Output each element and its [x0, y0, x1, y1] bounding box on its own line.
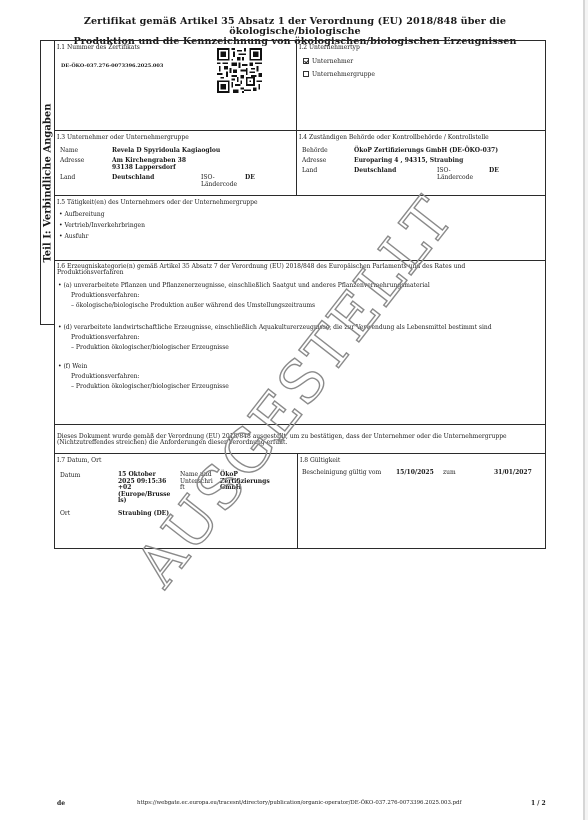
valid-to-label: zum	[443, 469, 456, 476]
checkbox-operator[interactable]: Unternehmer	[303, 58, 353, 65]
operator-name: Revela D Spyridoula Kagiaoglou	[112, 147, 220, 154]
section-l6-product-categories: I.6 Erzeugniskategorie(n) gemäß Artikel …	[54, 260, 546, 425]
l6-title-line-2: Produktionsverfahren	[57, 270, 465, 276]
authority-address: Europaring 4 , 94315, Straubing	[354, 157, 463, 164]
issue-date: 15 Oktober 2025 09:15:36 +02 (Europe/Bru…	[118, 472, 170, 505]
l7-title: I.7 Datum, Ort	[57, 457, 101, 464]
part-one-side-label: Teil I: Verbindliche Angaben	[40, 40, 55, 325]
method-label: Produktionsverfahren:	[58, 292, 430, 299]
footer-url[interactable]: https://webgate.ec.europa.eu/tracesnt/di…	[137, 800, 462, 806]
iso-label-1: ISO-	[437, 167, 473, 174]
address-label: Adresse	[302, 157, 326, 164]
qr-code-icon	[217, 48, 262, 93]
method-label: Produktionsverfahren:	[58, 334, 492, 341]
name-label: Name	[60, 147, 78, 154]
checkbox-checked-icon[interactable]	[303, 58, 309, 64]
authority-iso: DE	[489, 167, 499, 174]
category-name: • (f) Wein	[58, 363, 229, 370]
section-l8-validity: I.8 Gültigkeit Bescheinigung gültig vom …	[297, 453, 546, 549]
method-value: – Produktion ökologischer/biologischer E…	[58, 383, 229, 390]
l8-title: I.8 Gültigkeit	[300, 457, 340, 464]
operator-country: Deutschland	[112, 174, 154, 181]
valid-to: 31/01/2027	[494, 469, 532, 476]
date-label: Datum	[60, 472, 80, 479]
side-label-text: Teil I: Verbindliche Angaben	[42, 103, 53, 262]
signer-label-line: ft	[180, 485, 213, 492]
category-a: • (a) unverarbeitete Pflanzen und Pflanz…	[58, 282, 430, 309]
certificate-number: DE-ÖKO-037.276-0073396.2025.003	[61, 63, 163, 70]
option-label: Unternehmer	[312, 58, 353, 65]
l5-title: I.5 Tätigkeit(en) des Unternehmers oder …	[57, 199, 258, 206]
valid-from-label: Bescheinigung gültig vom	[302, 469, 381, 476]
operator-iso: DE	[245, 174, 255, 181]
operator-address: Am Kirchengraben 38 93138 Lappersdorf	[112, 157, 186, 171]
checkbox-operator-group[interactable]: Unternehmergruppe	[303, 71, 375, 78]
signer-name: ÖkoP Zertifizierungs GmbH	[220, 472, 270, 492]
page-number: 1 / 2	[531, 800, 546, 807]
place-label: Ort	[60, 510, 70, 517]
iso-label-1: ISO-	[201, 174, 237, 181]
category-f: • (f) Wein Produktionsverfahren: – Produ…	[58, 363, 229, 390]
authority-country: Deutschland	[354, 167, 396, 174]
category-d: • (d) verarbeitete landwirtschaftliche E…	[58, 324, 492, 351]
signer-line: GmbH	[220, 485, 270, 492]
date-line: ls)	[118, 498, 170, 505]
iso-label: ISO- Ländercode	[201, 174, 237, 188]
section-l2-operator-type: I.2 Unternehmertyp Unternehmer Unternehm…	[296, 40, 546, 131]
country-label: Land	[60, 174, 75, 181]
l3-title: I.3 Unternehmer oder Unternehmergruppe	[57, 134, 189, 141]
iso-label-2: Ländercode	[201, 181, 237, 188]
scrollbar[interactable]	[583, 0, 585, 820]
authority-name: ÖkoP Zertifizierungs GmbH (DE-ÖKO-037)	[354, 147, 498, 154]
country-label: Land	[302, 167, 317, 174]
section-l4-authority: I.4 Zuständigen Behörde oder Kontrollbeh…	[296, 130, 546, 196]
section-l3-operator: I.3 Unternehmer oder Unternehmergruppe N…	[54, 130, 297, 196]
l2-title: I.2 Unternehmertyp	[299, 44, 360, 51]
statement-line-2: (Nichtzutreffendes streichen) die Anford…	[57, 440, 507, 446]
valid-from: 15/10/2025	[396, 469, 434, 476]
issue-place: Straubing (DE)	[118, 510, 169, 517]
authority-label: Behörde	[302, 147, 328, 154]
address-line-2: 93138 Lappersdorf	[112, 164, 186, 171]
checkbox-unchecked-icon[interactable]	[303, 71, 309, 77]
statement-text: Dieses Dokument wurde gemäß der Verordnu…	[57, 434, 507, 446]
option-label: Unternehmergruppe	[312, 71, 375, 78]
footer-language: de	[57, 800, 65, 807]
address-line-1: Am Kirchengraben 38	[112, 157, 186, 164]
method-value: – Produktion ökologischer/biologischer E…	[58, 344, 492, 351]
conformity-statement: Dieses Dokument wurde gemäß der Verordnu…	[54, 424, 546, 454]
section-l5-activities: I.5 Tätigkeit(en) des Unternehmers oder …	[54, 195, 546, 261]
category-name: • (d) verarbeitete landwirtschaftliche E…	[58, 324, 492, 331]
method-label: Produktionsverfahren:	[58, 373, 229, 380]
activity-item: • Aufbereitung	[59, 211, 105, 218]
title-line-1: Zertifikat gemäß Artikel 35 Absatz 1 der…	[40, 17, 550, 37]
l4-title: I.4 Zuständigen Behörde oder Kontrollbeh…	[299, 134, 489, 141]
signer-label: Name und Unterschri ft	[180, 472, 213, 492]
l6-title: I.6 Erzeugniskategorie(n) gemäß Artikel …	[57, 264, 465, 276]
address-label: Adresse	[60, 157, 84, 164]
category-name: • (a) unverarbeitete Pflanzen und Pflanz…	[58, 282, 430, 289]
section-l7-date-place: I.7 Datum, Ort Datum 15 Oktober 2025 09:…	[54, 453, 298, 549]
iso-label-2: Ländercode	[437, 174, 473, 181]
method-value: – ökologische/biologische Produktion auß…	[58, 302, 430, 309]
activity-item: • Ausfuhr	[59, 233, 89, 240]
activity-item: • Vertrieb/Inverkehrbringen	[59, 222, 145, 229]
iso-label: ISO- Ländercode	[437, 167, 473, 181]
l1-title: I.1 Nummer des Zertifikats	[57, 44, 140, 51]
